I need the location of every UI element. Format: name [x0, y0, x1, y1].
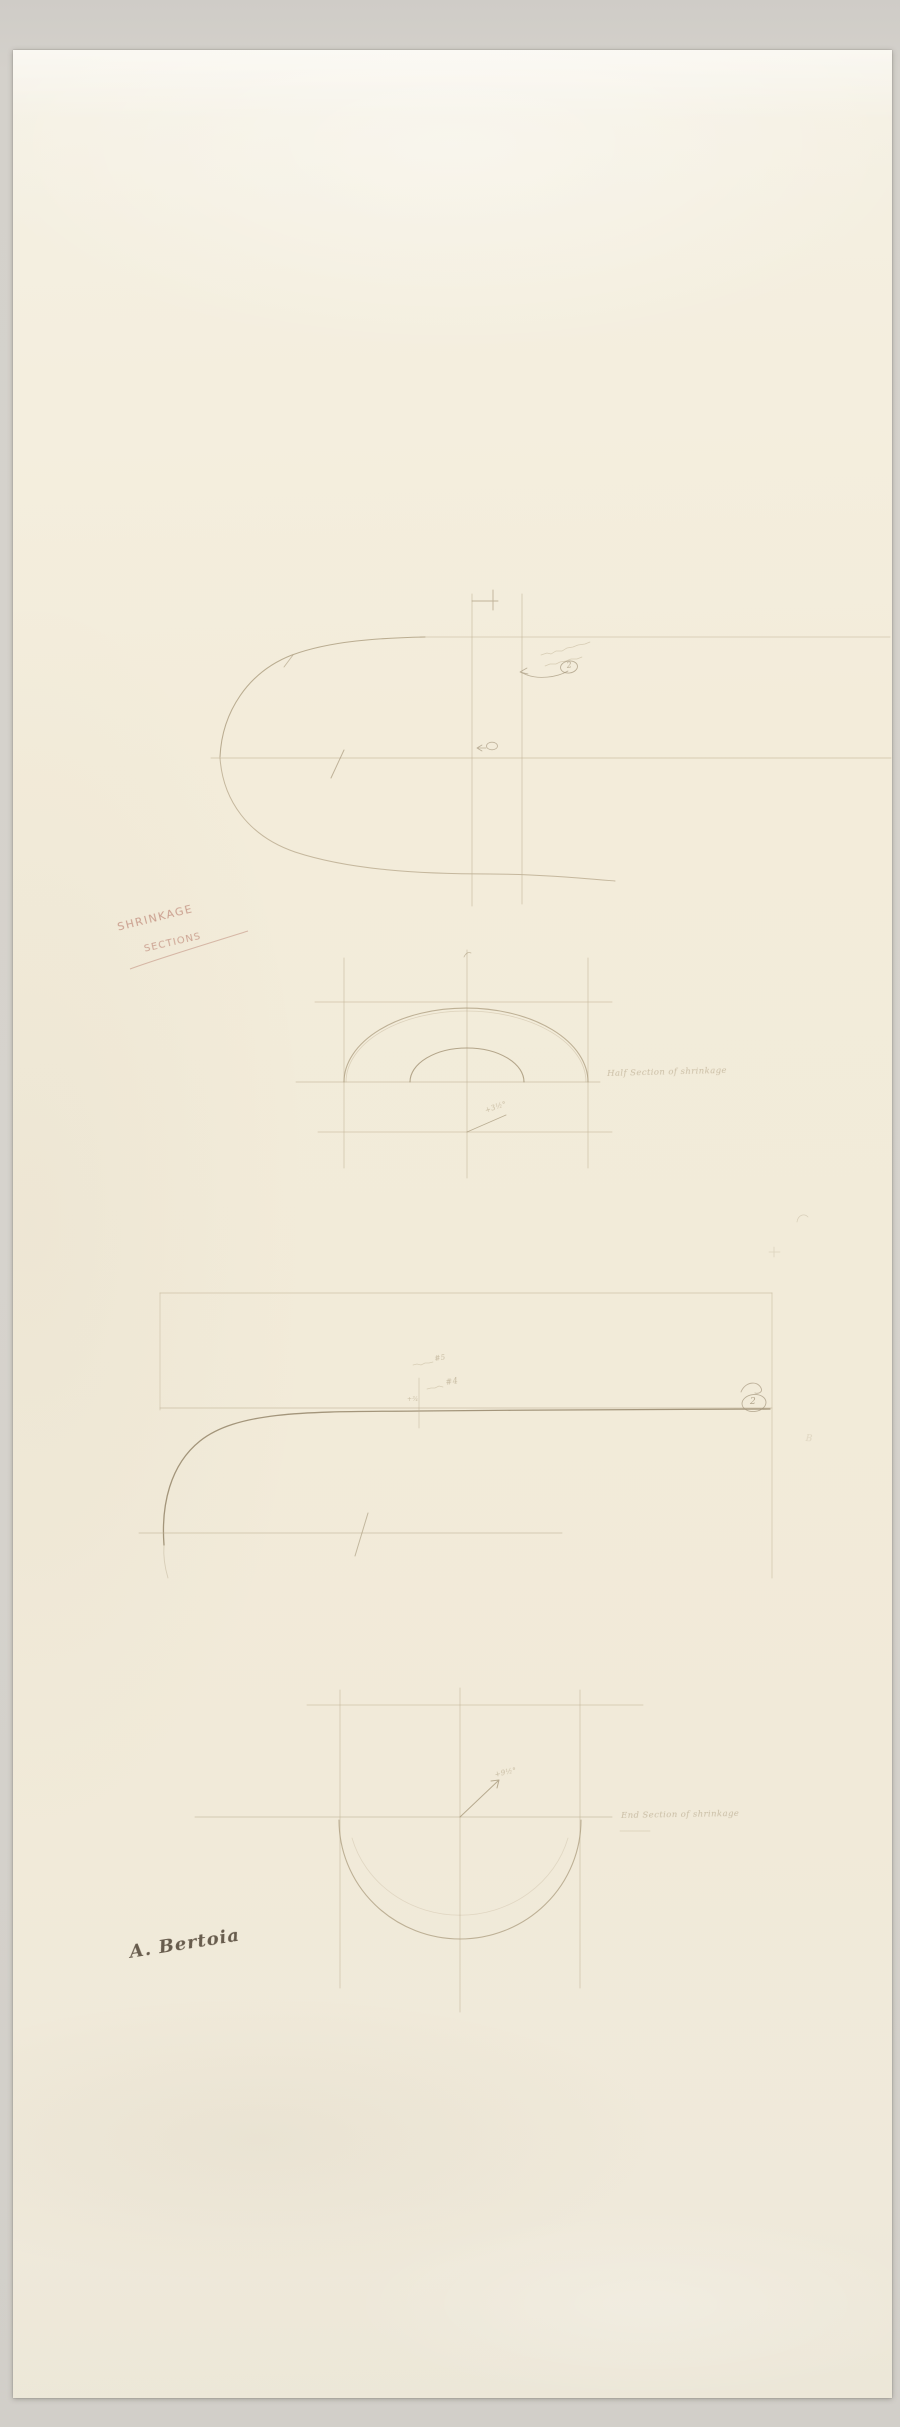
centreline-slash	[331, 750, 344, 778]
end-caption: End Section of shrinkage	[621, 1809, 739, 1821]
drawing-canvas	[0, 0, 900, 2427]
outer-arch-curve-ghost	[346, 1011, 586, 1082]
top-dome-section-drawing	[211, 590, 891, 906]
small-oval-marker	[487, 742, 498, 750]
marker-flourish	[741, 1383, 762, 1393]
stray-mark-cross	[769, 1247, 780, 1257]
stray-mark-curl	[797, 1215, 808, 1222]
small-arrow	[477, 745, 486, 751]
profile-circled-marker-label: 2	[750, 1397, 756, 1407]
angle-line	[467, 1115, 506, 1132]
end-section-drawing	[195, 1688, 650, 2012]
photographed-drawing-sheet: SHRINKAGE SECTIONS 2 Half Section of shr…	[0, 0, 900, 2427]
dimension-tick	[472, 590, 498, 610]
profile-side-mark: B	[805, 1434, 813, 1444]
dome-lower-curve	[220, 758, 615, 881]
note4-squiggle	[427, 1386, 443, 1389]
outer-arch-curve	[344, 1008, 588, 1082]
profile-curve	[163, 1409, 770, 1545]
top-circled-marker-label: 2	[566, 660, 573, 670]
profile-note-plus: +¾	[407, 1396, 419, 1403]
profile-curve-tail	[164, 1545, 168, 1578]
profile-note-no4: #4	[445, 1376, 459, 1387]
note5-squiggle	[413, 1362, 433, 1365]
top-tick	[464, 953, 471, 958]
lower-line-slash	[355, 1513, 368, 1556]
radius-arrow	[460, 1780, 499, 1817]
profile-note-no5: #5	[434, 1353, 446, 1362]
profile-curve-drawing	[139, 1215, 808, 1578]
illegible-note-line1	[541, 642, 590, 655]
arch-section-drawing	[296, 950, 612, 1178]
illegible-note-line2	[545, 657, 582, 666]
dome-upper-curve	[220, 637, 425, 757]
